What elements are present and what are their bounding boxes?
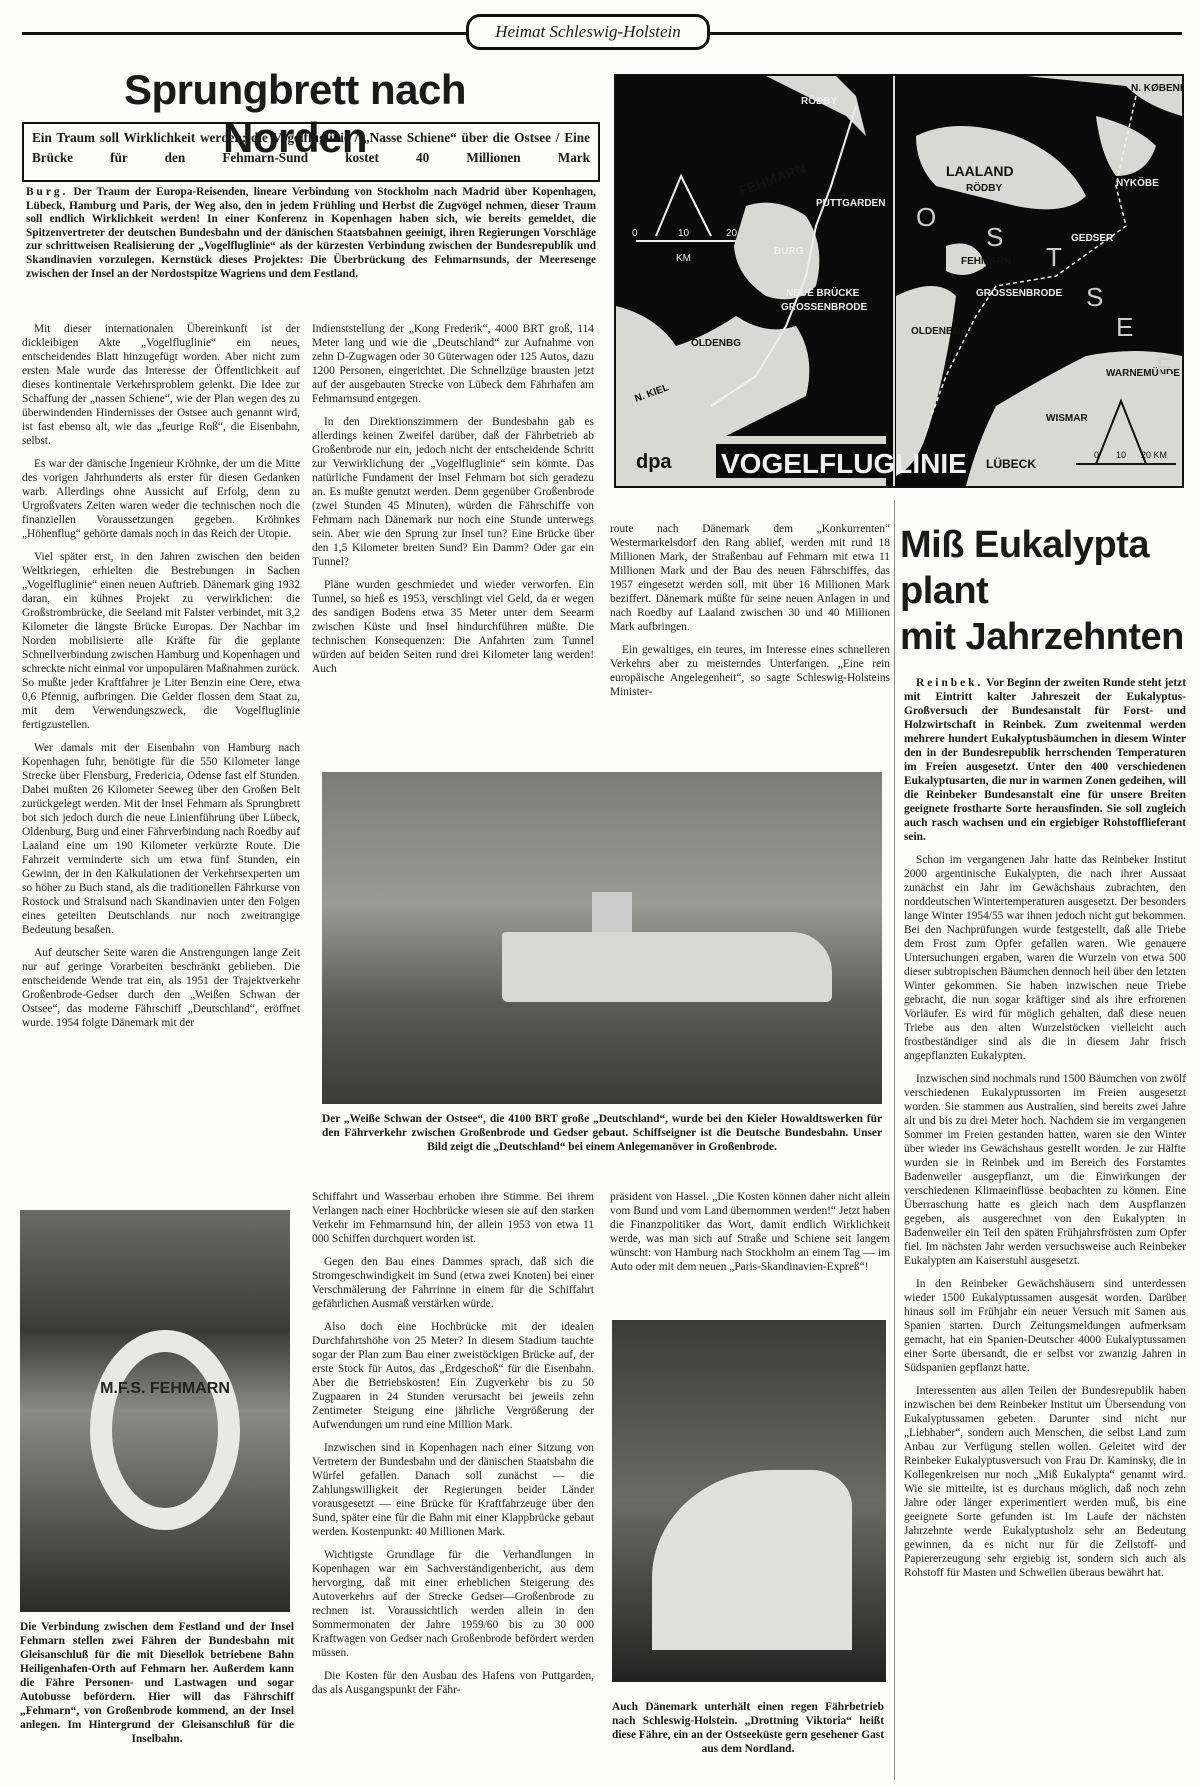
paragraph: Es war der dänische Ingenieur Kröhnke, d… [22,457,300,541]
svg-text:RÖDBY: RÖDBY [801,94,837,107]
lead-text: Vor Beginn der zweiten Runde steht jetzt… [904,677,1186,843]
svg-text:BURG: BURG [774,246,804,257]
paragraph: Schon im vergangenen Jahr hatte das Rein… [904,853,1186,1063]
svg-text:N. KØBENHAVN: N. KØBENHAVN [1131,83,1182,94]
lifebuoy-text: M.F.S. FEHMARN [100,1380,230,1398]
caption-drottning-viktoria: Auch Dänemark unterhält einen regen Fähr… [612,1700,884,1756]
paragraph: Schiffahrt und Wasserbau erhoben ihre St… [312,1190,594,1246]
paragraph: Mit dieser internationalen Übereinkunft … [22,322,300,448]
paragraph: präsident von Hassel. „Die Kosten können… [610,1190,890,1274]
svg-text:E: E [1116,312,1133,342]
caption-ferry-fehmarn: Die Verbindung zwischen dem Festland und… [20,1620,294,1746]
paragraph: Indienststellung der „Kong Frederik“, 40… [312,322,594,406]
headline-line: Miß Eukalypta [900,522,1190,568]
svg-text:E: E [1156,352,1173,382]
svg-text:GROSSENBRODE: GROSSENBRODE [976,288,1062,299]
paragraph: route nach Dänemark dem „Konkurrenten“ W… [610,522,890,634]
svg-text:PUTTGARDEN: PUTTGARDEN [816,198,885,209]
svg-text:OLDENBG: OLDENBG [911,326,961,337]
svg-text:10: 10 [1116,450,1126,460]
svg-text:10: 10 [678,228,690,239]
article1-column-3-continued: präsident von Hassel. „Die Kosten können… [610,1190,890,1283]
ship-hull [502,932,832,1002]
lifebuoy [90,1330,240,1530]
svg-text:S: S [1086,282,1103,312]
svg-text:KM: KM [676,253,691,264]
paragraph: Die Kosten für den Ausbau des Hafens von… [312,1669,594,1697]
photo-drottning-viktoria [612,1320,886,1682]
svg-text:O: O [916,202,936,232]
article1-column-2: Indienststellung der „Kong Frederik“, 40… [312,322,594,685]
paragraph: Wichtigste Grundlage für die Verhandlung… [312,1548,594,1660]
headline-line: mit Jahrzehnten [900,614,1190,660]
article1-lead: Burg. Der Traum der Europa-Reisenden, li… [26,186,596,281]
article1-column-1: Mit dieser internationalen Übereinkunft … [22,322,300,1039]
caption-ship-deutschland: Der „Weiße Schwan der Ostsee“, die 4100 … [322,1112,882,1154]
ship-funnel [592,892,632,932]
paragraph: Viel später erst, in den Jahren zwischen… [22,550,300,732]
headline-line: plant [900,568,1190,614]
top-rule-right [708,32,1182,35]
map-title: VOGELFLUGLINIE [721,448,967,479]
svg-text:S: S [986,222,1003,252]
paragraph: Interessenten aus allen Teilen der Bunde… [904,1384,1186,1580]
article2-lead: Reinbek. Vor Beginn der zweiten Runde st… [904,676,1186,844]
paragraph: Auf deutscher Seite waren die Anstrengun… [22,946,300,1030]
column-divider [894,500,895,1780]
svg-text:T: T [1046,242,1062,272]
photo-ferry-fehmarn: M.F.S. FEHMARN [20,1210,290,1612]
svg-text:0: 0 [632,228,638,239]
svg-text:NEUE BRÜCKE: NEUE BRÜCKE [786,286,860,299]
svg-text:20: 20 [726,228,738,239]
article1-deck: Ein Traum soll Wirklichkeit werden: die … [22,122,600,182]
svg-text:LAALAND: LAALAND [946,163,1014,179]
article2-body: Reinbek. Vor Beginn der zweiten Runde st… [904,676,1186,1589]
svg-text:FEHMARN: FEHMARN [737,160,808,199]
ship-bow [652,1470,852,1650]
article2-headline: Miß Eukalypta plant mit Jahrzehnten [900,522,1190,660]
vogelfluglinie-map: RÖDBY PUTTGARDEN BURG NEUE BRÜCKE GROSSE… [614,74,1184,488]
paragraph: Inzwischen sind in Kopenhagen nach einer… [312,1441,594,1539]
svg-text:GEDSER: GEDSER [1071,233,1114,244]
photo-ship-deutschland [322,772,882,1104]
section-kicker: Heimat Schleswig-Holstein [466,14,710,50]
paragraph: Inzwischen sind nochmals rund 1500 Bäumc… [904,1072,1186,1268]
svg-text:OLDENBG: OLDENBG [691,338,741,349]
top-rule-left [22,32,468,35]
svg-text:NYKÖBE: NYKÖBE [1116,176,1159,189]
paragraph: In den Direktionszimmern der Bundesbahn … [312,415,594,569]
paragraph: In den Reinbeker Gewächshäusern sind unt… [904,1277,1186,1375]
svg-text:20 KM: 20 KM [1141,450,1167,460]
lead-text: Der Traum der Europa-Reisenden, lineare … [26,186,596,280]
article1-column-3: route nach Dänemark dem „Konkurrenten“ W… [610,522,890,708]
svg-text:RÖDBY: RÖDBY [966,181,1002,194]
svg-text:FEHMARN: FEHMARN [961,256,1011,267]
paragraph: Ein gewaltiges, ein teures, im Interesse… [610,643,890,699]
svg-text:WISMAR: WISMAR [1046,413,1088,424]
paragraph: Also doch eine Hochbrücke mit der ideale… [312,1320,594,1432]
svg-text:LÜBECK: LÜBECK [986,456,1036,471]
paragraph: Wer damals mit der Eisenbahn von Hamburg… [22,741,300,937]
dateline: Reinbek. [916,677,983,689]
svg-text:0: 0 [1094,450,1099,460]
map-graphic: RÖDBY PUTTGARDEN BURG NEUE BRÜCKE GROSSE… [616,76,1182,486]
article1-column-2-continued: Schiffahrt und Wasserbau erhoben ihre St… [312,1190,594,1706]
svg-text:GROSSENBRODE: GROSSENBRODE [781,302,867,313]
paragraph: Gegen den Bau eines Dammes sprach, daß s… [312,1255,594,1311]
paragraph: Pläne wurden geschmiedet und wieder verw… [312,578,594,676]
svg-text:dpa: dpa [636,451,672,473]
dateline: Burg. [26,186,68,198]
